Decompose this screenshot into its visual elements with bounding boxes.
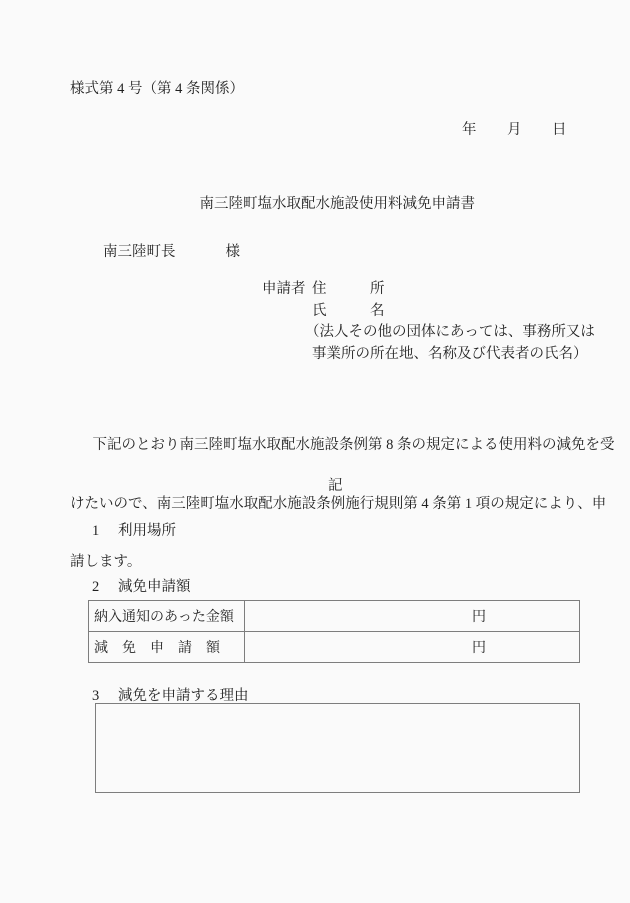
section-1-number: 1 (92, 522, 99, 540)
section-1-title: 利用場所 (118, 522, 176, 540)
document-title: 南三陸町塩水取配水施設使用料減免申請書 (200, 196, 476, 212)
section-2-title: 減免申請額 (118, 578, 191, 596)
fee-row-label: 納入通知のあった金額 (89, 601, 245, 632)
paragraph-line: けたいので、南三陸町塩水取配水施設条例施行規則第 4 条第 1 項の規定により、… (70, 493, 576, 515)
paragraph-line: 請します。 (70, 551, 576, 573)
fee-row-label: 減 免 申 請 額 (89, 632, 245, 663)
form-number-label: 様式第 4 号（第 4 条関係） (70, 80, 244, 98)
fee-table: 納入通知のあった金額 円 減 免 申 請 額 円 (88, 600, 580, 663)
fee-amount-cell[interactable]: 円 (245, 632, 580, 663)
document-page: 様式第 4 号（第 4 条関係） 年 月 日 南三陸町塩水取配水施設使用料減免申… (0, 0, 630, 903)
recipient-name: 南三陸町長 (103, 243, 176, 261)
name-field-label: 氏 名 (312, 302, 385, 320)
applicant-label: 申請者 (262, 280, 306, 298)
corporate-note-line2: 事業所の所在地、名称及び代表者の氏名） (312, 345, 588, 363)
paragraph-line: 下記のとおり南三陸町塩水取配水施設条例第 8 条の規定による使用料の減免を受 (70, 434, 576, 456)
fee-table-row: 減 免 申 請 額 円 (89, 632, 580, 663)
fee-amount-cell[interactable]: 円 (245, 601, 580, 632)
record-separator: 記 (328, 477, 343, 495)
date-placeholder-line: 年 月 日 (462, 121, 567, 139)
addressee-line: 南三陸町長 様 (103, 243, 240, 261)
fee-table-row: 納入通知のあった金額 円 (89, 601, 580, 632)
yen-unit-label: 円 (472, 641, 486, 656)
corporate-note-line1: （法人その他の団体にあっては、事務所又は (305, 323, 595, 341)
yen-unit-label: 円 (472, 610, 486, 625)
address-field-label: 住 所 (312, 280, 385, 298)
reason-input-box[interactable] (95, 703, 580, 793)
honorific-label: 様 (226, 243, 241, 261)
section-2-number: 2 (92, 578, 99, 596)
